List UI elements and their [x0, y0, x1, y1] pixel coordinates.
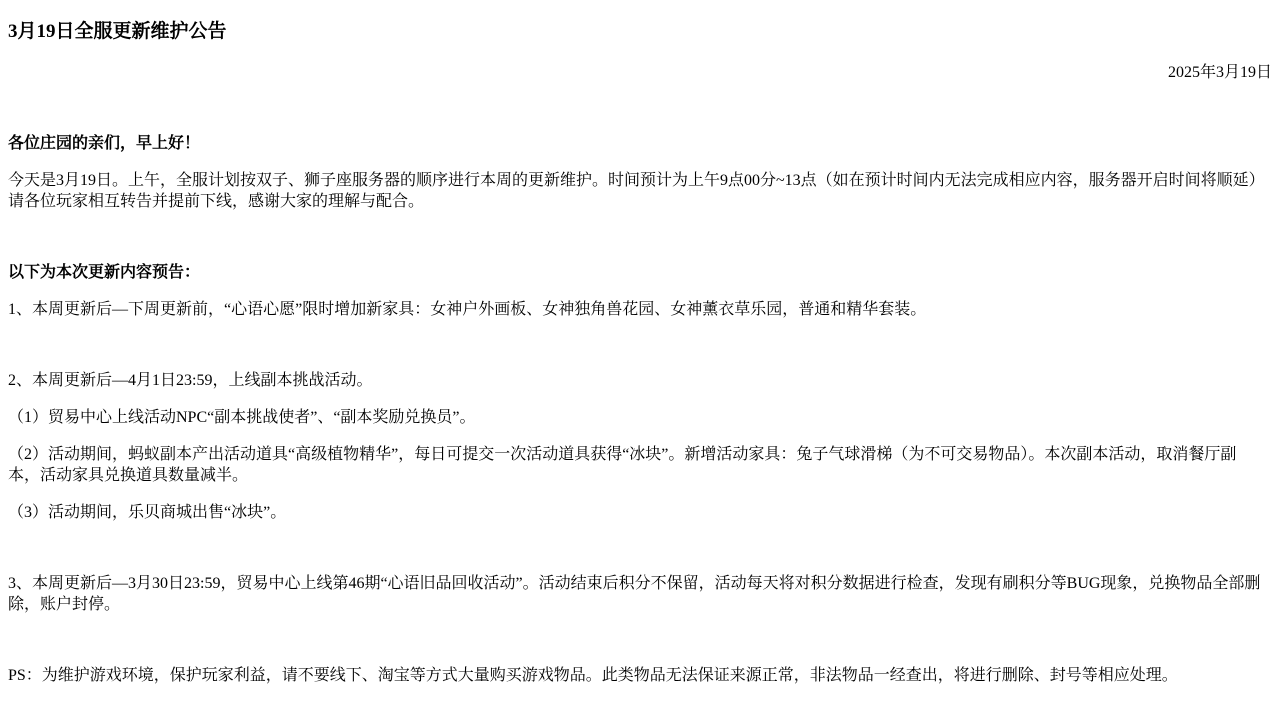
update-item-3: 3、本周更新后—3月30日23:59，贸易中心上线第46期“心语旧品回收活动”。… — [8, 573, 1272, 615]
ps-note: PS：为维护游戏环境，保护玩家利益，请不要线下、淘宝等方式大量购买游戏物品。此类… — [8, 665, 1272, 686]
update-item-1: 1、本周更新后—下周更新前，“心语心愿”限时增加新家具：女神户外画板、女神独角兽… — [8, 299, 1272, 320]
page-title: 3月19日全服更新维护公告 — [8, 0, 1272, 43]
update-item-2-sub-3: （3）活动期间，乐贝商城出售“冰块”。 — [8, 502, 1272, 523]
update-item-2-sub-2: （2）活动期间，蚂蚁副本产出活动道具“高级植物精华”，每日可提交一次活动道具获得… — [8, 444, 1250, 486]
preview-heading: 以下为本次更新内容预告： — [8, 262, 200, 283]
greeting: 各位庄园的亲们，早上好！ — [8, 133, 200, 154]
update-item-2-sub-1: （1）贸易中心上线活动NPC“副本挑战使者”、“副本奖励兑换员”。 — [8, 407, 1272, 428]
update-item-2: 2、本周更新后—4月1日23:59，上线副本挑战活动。 — [8, 370, 1272, 391]
intro-paragraph: 今天是3月19日。上午，全服计划按双子、狮子座服务器的顺序进行本周的更新维护。时… — [8, 170, 1272, 212]
announcement-page: 3月19日全服更新维护公告 2025年3月19日 各位庄园的亲们，早上好！ 今天… — [0, 0, 1280, 43]
publish-date: 2025年3月19日 — [1168, 62, 1272, 83]
